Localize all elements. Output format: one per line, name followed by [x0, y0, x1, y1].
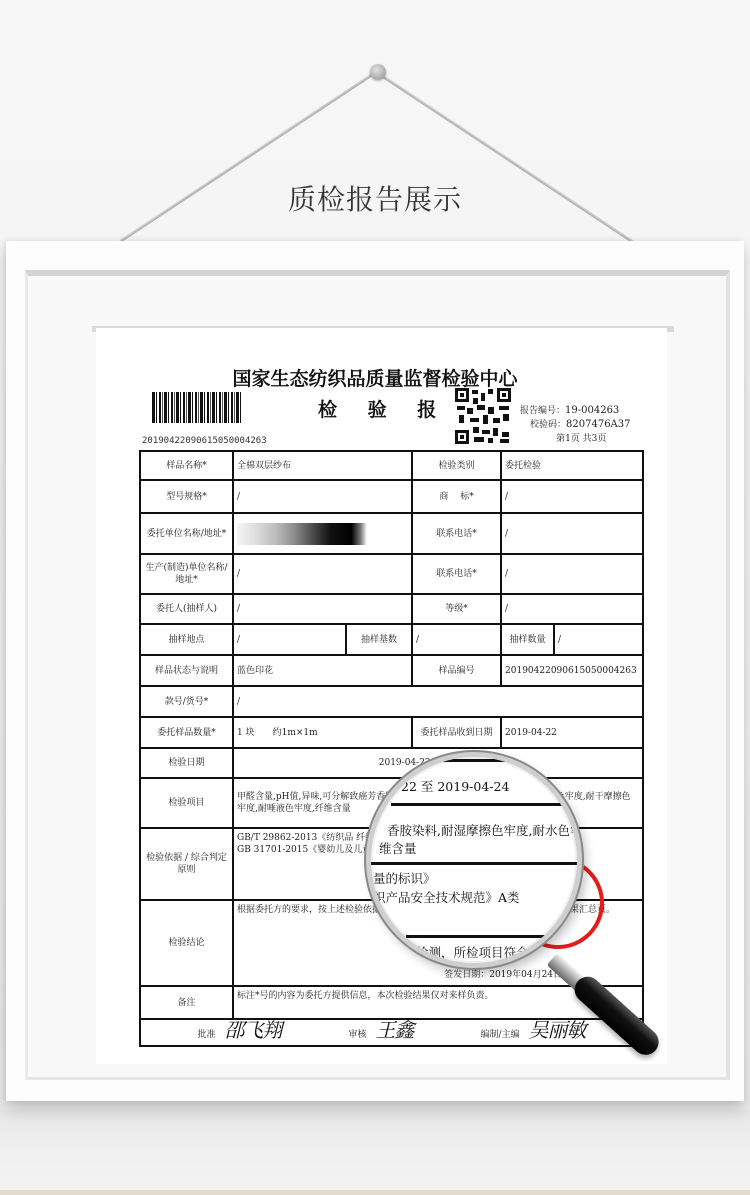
model-label: 型号规格*: [140, 480, 233, 513]
table-row: 委托单位名称/地址* 联系电话* /: [140, 513, 643, 554]
issue-date: 签发日期：2019年04月24日: [444, 969, 562, 981]
sample-count-label: 委托样品数量*: [140, 717, 233, 748]
client-phone-label: 联系电话*: [412, 513, 501, 554]
signature-row: 批准 邵飞翔 审核 王鑫 编制/主编 吴丽敏: [140, 1019, 643, 1046]
barcode-icon: [152, 392, 242, 423]
qr-code-icon: [455, 388, 511, 444]
barcode-number: 20190422090615050004263: [142, 436, 267, 446]
sampling-base-label: 抽样基数: [346, 624, 412, 655]
received-date-value: 2019-04-22: [501, 717, 643, 748]
sampling-place-label: 抽样地点: [140, 624, 233, 655]
manufacturer-phone-label: 联系电话*: [412, 554, 501, 594]
magnifier-lens: 22 至 2019-04-24 香胺染料,耐湿摩擦色牢度,耐水色牢度 维含量 量…: [366, 752, 582, 968]
brand-value: /: [501, 480, 643, 513]
review-signature: 王鑫: [375, 1018, 413, 1042]
grade-value: /: [501, 594, 643, 624]
approve-block: 批准 邵飞翔: [198, 1024, 282, 1041]
remark-label: 备注: [140, 986, 233, 1019]
brand-label: 商 标*: [412, 480, 501, 513]
table-row: 样品名称* 全棉双层纱布 检验类别 委托检验: [140, 451, 643, 480]
sample-status-label: 样品状态与说明: [140, 655, 233, 686]
manufacturer-phone-value: /: [501, 554, 643, 594]
test-type-value: 委托检验: [501, 451, 643, 480]
page-info: 第1页 共3页: [520, 432, 631, 446]
magnified-line-6: 检测，所检项目符合标准: [416, 943, 554, 961]
sampler-label: 委托人(抽样人): [140, 594, 233, 624]
sample-no-label: 样品编号: [412, 655, 501, 686]
approve-label: 批准: [198, 1030, 216, 1040]
client-value: [233, 513, 412, 554]
report-no-label: 报告编号：: [520, 406, 565, 416]
sampler-value: /: [233, 594, 412, 624]
test-type-label: 检验类别: [412, 451, 501, 480]
signature-cell: 批准 邵飞翔 审核 王鑫 编制/主编 吴丽敏: [140, 1019, 643, 1046]
table-row: 款号/货号* /: [140, 686, 643, 717]
model-value: /: [233, 480, 412, 513]
table-row: 备注 标注*号的内容为委托方提供信息，本次检验结果仅对来样负责。: [140, 986, 643, 1019]
report-meta: 报告编号：19-004263 校验码：8207476A37 第1页 共3页: [520, 404, 631, 446]
grade-label: 等级*: [412, 594, 501, 624]
table-row: 委托样品数量* 1 块 约1m×1m 委托样品收到日期 2019-04-22: [140, 717, 643, 748]
wall-shadow: [0, 1110, 750, 1195]
manufacturer-label: 生产(制造)单位名称/地址*: [140, 554, 233, 594]
magnified-line-4: 量的标识》: [373, 869, 436, 887]
editor-label: 编制/主编: [481, 1030, 520, 1040]
approve-signature: 邵飞翔: [224, 1018, 281, 1042]
sample-count-value: 1 块 约1m×1m: [233, 717, 412, 748]
org-title: 国家生态纺织品质量监督检验中心: [0, 364, 750, 391]
sample-name-value: 全棉双层纱布: [233, 451, 412, 480]
test-date-label: 检验日期: [140, 748, 233, 778]
nail-icon: [370, 64, 386, 80]
table-row: 样品状态与说明 蓝色印花 样品编号 2019042209061505000426…: [140, 655, 643, 686]
sample-no-value: 20190422090615050004263: [501, 655, 643, 686]
sampling-qty-label: 抽样数量: [501, 624, 554, 655]
magnified-line-5: 织产品安全技术规范》A类: [373, 888, 520, 906]
manufacturer-value: /: [233, 554, 412, 594]
sampling-base-value: /: [412, 624, 501, 655]
basis-label: 检验依据 / 综合判定原则: [140, 828, 233, 900]
redacted-block: [237, 523, 367, 545]
sampling-qty-value: /: [554, 624, 643, 655]
magnified-line-3: 维含量: [379, 839, 417, 857]
table-row: 生产(制造)单位名称/地址* / 联系电话* /: [140, 554, 643, 594]
review-label: 审核: [349, 1030, 367, 1040]
received-date-label: 委托样品收到日期: [412, 717, 501, 748]
magnified-line-1: 22 至 2019-04-24: [401, 777, 509, 795]
editor-signature: 吴丽敏: [528, 1018, 585, 1042]
hanging-string-right: [379, 73, 639, 247]
sample-name-label: 样品名称*: [140, 451, 233, 480]
report-no: 19-004263: [565, 405, 619, 416]
style-no-label: 款号/货号*: [140, 686, 233, 717]
table-row: 型号规格* / 商 标* /: [140, 480, 643, 513]
magnified-line-2: 香胺染料,耐湿摩擦色牢度,耐水色牢度: [387, 821, 582, 839]
conclusion-label: 检验结论: [140, 900, 233, 986]
magnified-content: 22 至 2019-04-24 香胺染料,耐湿摩擦色牢度,耐水色牢度 维含量 量…: [371, 757, 582, 968]
sample-status-value: 蓝色印花: [233, 655, 412, 686]
table-row: 委托人(抽样人) / 等级* /: [140, 594, 643, 624]
editor-block: 编制/主编 吴丽敏: [481, 1024, 586, 1041]
table-row: 抽样地点 / 抽样基数 / 抽样数量 /: [140, 624, 643, 655]
style-no-value: /: [233, 686, 643, 717]
verify-code: 8207476A37: [566, 419, 630, 430]
verify-code-label: 校验码：: [530, 420, 566, 430]
bottom-strip: [0, 1190, 750, 1195]
sampling-place-value: /: [233, 624, 346, 655]
client-phone-value: /: [501, 513, 643, 554]
client-label: 委托单位名称/地址*: [140, 513, 233, 554]
test-items-label: 检验项目: [140, 778, 233, 828]
page-heading: 质检报告展示: [0, 178, 750, 218]
review-block: 审核 王鑫: [349, 1024, 414, 1041]
